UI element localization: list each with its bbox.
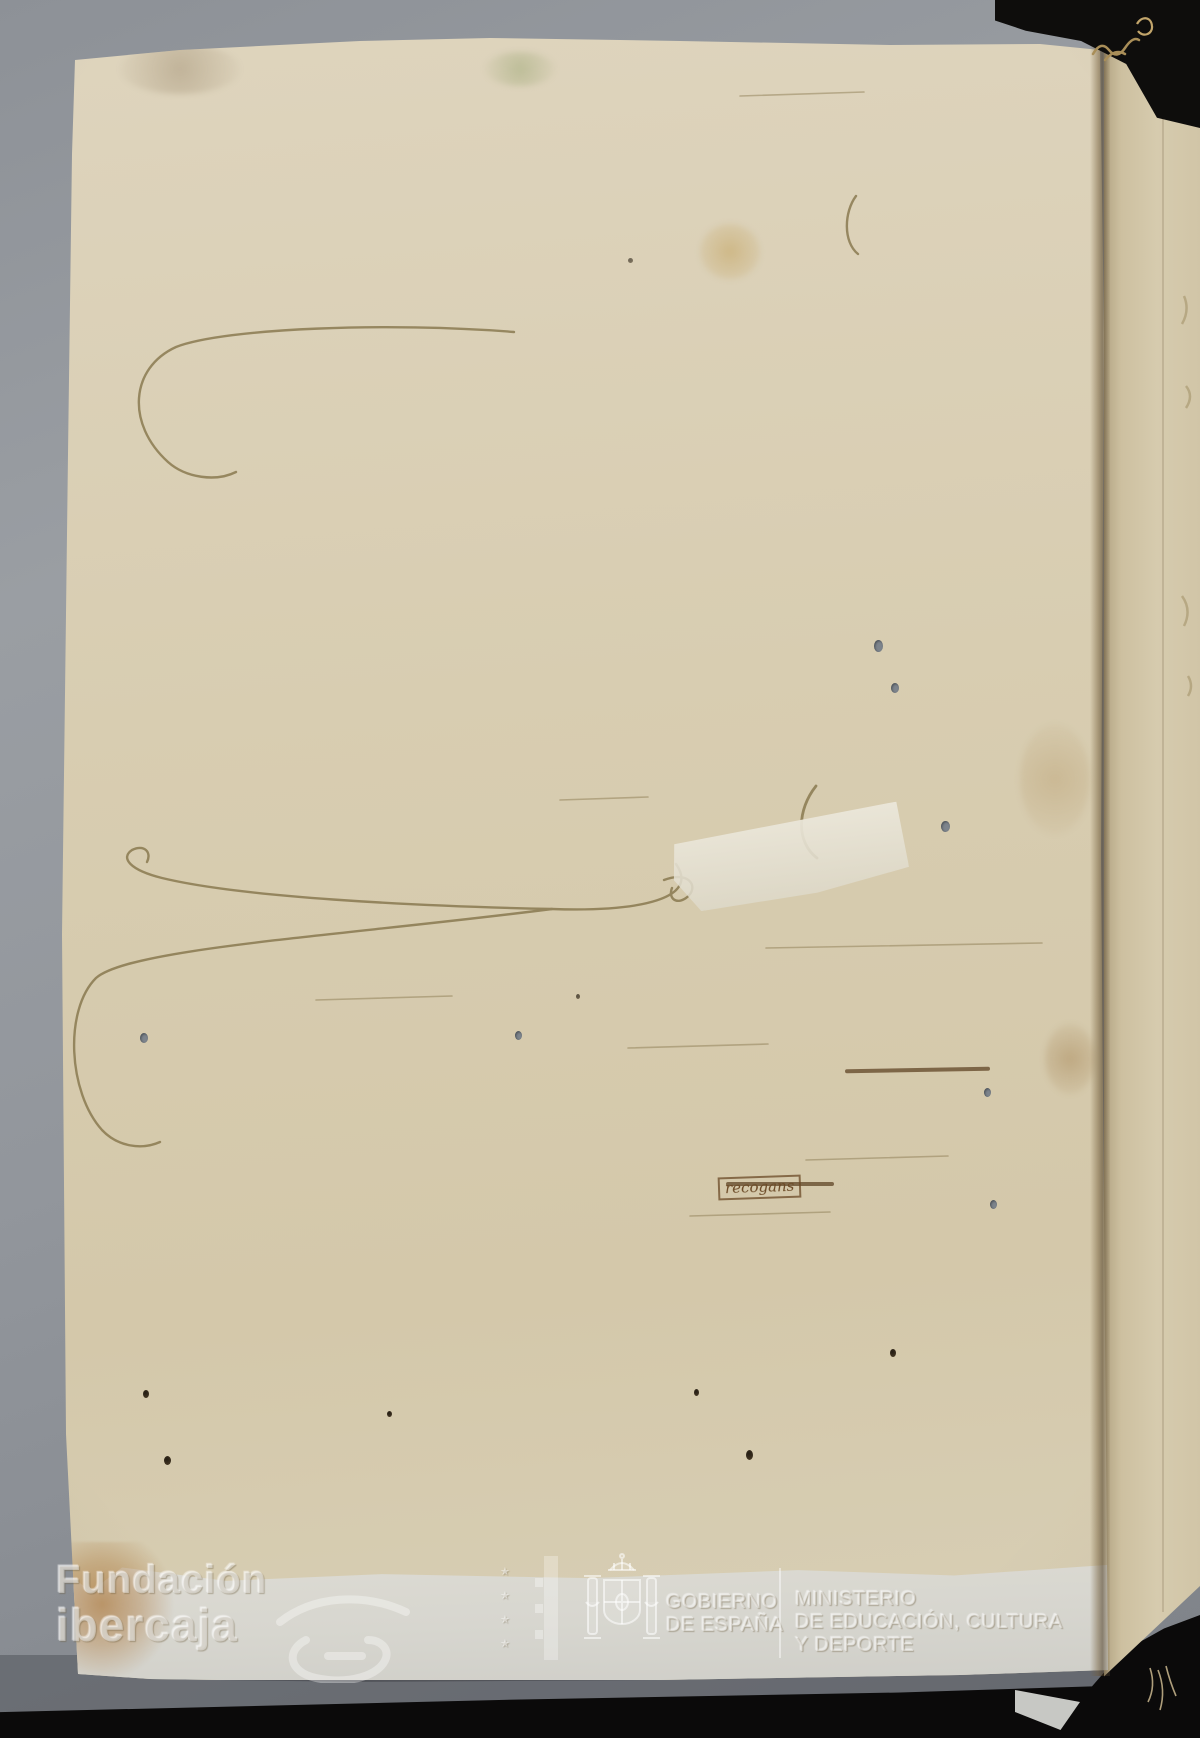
wormhole bbox=[891, 683, 899, 693]
manuscript-page bbox=[60, 34, 1108, 1680]
wormhole bbox=[984, 1088, 991, 1097]
watermark-flag-notch bbox=[535, 1630, 543, 1639]
ministry-watermark-line2: DE EDUCACIÓN, CULTURA bbox=[795, 1611, 1063, 1634]
wormhole bbox=[140, 1033, 148, 1043]
wormhole bbox=[941, 821, 950, 832]
paper-stain-green bbox=[485, 52, 555, 86]
ibercaja-watermark-line2: ibercaja bbox=[56, 1598, 238, 1652]
spain-coat-of-arms-icon bbox=[582, 1550, 662, 1665]
ministry-watermark-line3: Y DEPORTE bbox=[795, 1634, 914, 1657]
manuscript-photograph: vibo conpictu est pateri ac eti ependeri… bbox=[0, 0, 1200, 1738]
watermark-divider bbox=[779, 1568, 781, 1658]
eu-star-icon: ★ bbox=[500, 1565, 510, 1578]
watermark-flag-notch bbox=[535, 1604, 543, 1613]
ibercaja-watermark-line1: Fundación bbox=[56, 1558, 267, 1603]
ink-speck bbox=[628, 258, 633, 263]
wormhole bbox=[990, 1200, 997, 1209]
ink-speck bbox=[576, 994, 580, 999]
watermark-flag-bar bbox=[544, 1556, 558, 1660]
paper-stain-top bbox=[120, 44, 240, 94]
government-watermark-line2: DE ESPAÑA bbox=[666, 1614, 784, 1637]
paper-stain bbox=[700, 224, 760, 279]
wormhole bbox=[874, 640, 883, 652]
eu-star-icon: ★ bbox=[500, 1589, 510, 1602]
facing-page-edge bbox=[1104, 36, 1200, 1678]
eu-star-icon: ★ bbox=[500, 1613, 510, 1626]
ink-blot bbox=[746, 1450, 753, 1460]
binding-gutter-shadow bbox=[1090, 36, 1110, 1676]
wormhole bbox=[515, 1031, 522, 1040]
facing-page-ink-traces bbox=[1104, 256, 1200, 1056]
paper-stain-right bbox=[1020, 724, 1090, 834]
eu-star-icon: ★ bbox=[500, 1637, 510, 1650]
ink-blot bbox=[164, 1456, 171, 1465]
ink-blot bbox=[694, 1389, 699, 1396]
government-watermark-line1: GOBIERNO bbox=[666, 1591, 778, 1614]
binding-fibers bbox=[1120, 1648, 1200, 1723]
ink-blot bbox=[143, 1390, 149, 1398]
ibercaja-logo-icon bbox=[268, 1588, 418, 1683]
binding-stitches bbox=[1085, 12, 1175, 72]
ministry-watermark-line1: MINISTERIO bbox=[795, 1588, 917, 1611]
boxed-correction-note: recogans bbox=[718, 1175, 802, 1201]
ink-blot bbox=[890, 1349, 896, 1357]
paper-stain-gutter bbox=[1045, 1024, 1095, 1094]
ink-blot bbox=[387, 1411, 392, 1417]
watermark-flag-notch bbox=[535, 1578, 543, 1587]
